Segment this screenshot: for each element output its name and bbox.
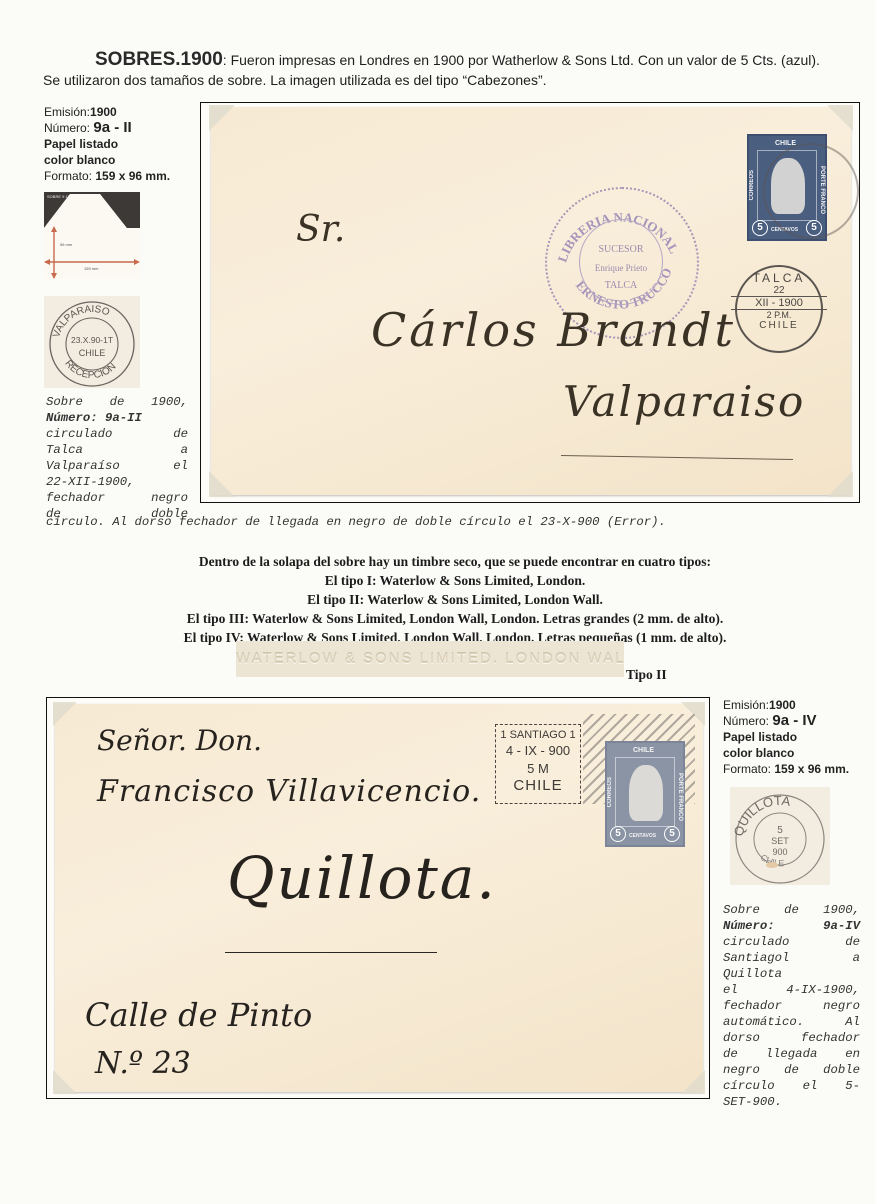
heading-subline: Se utilizaron dos tamaños de sobre. La i… xyxy=(43,72,547,88)
item2-description: Sobre de 1900, Número: 9a-IV circulado d… xyxy=(723,902,860,1110)
note-line: dorso fechador xyxy=(723,1030,860,1046)
handwritten-salutation: Sr. xyxy=(296,209,345,250)
note-line: fechador negro xyxy=(46,490,188,506)
postage-stamp-5-centavos: CHILE PORTE FRANCO CORREOS 5 5 CENTAVOS xyxy=(605,741,685,847)
emboss-types-list: Dentro de la solapa del sobre hay un tim… xyxy=(0,552,875,647)
note-line: de llegada en xyxy=(723,1046,860,1062)
heading-title: SOBRES.1900 xyxy=(95,49,223,70)
envelope-1-frame: LIBRERIA NACIONAL ERNESTO TRUCCO SUCESOR… xyxy=(200,102,860,503)
stamp-side-text: PORTE FRANCO xyxy=(677,773,683,821)
note-line: Número: 9a-IV xyxy=(723,918,860,934)
page-heading: SOBRES.1900: Fueron impresas en Londres … xyxy=(95,49,820,71)
cancel-line: 4 - IX - 900 xyxy=(496,743,580,758)
stamp-value: 5 xyxy=(664,826,680,842)
emision-label: Emisión: xyxy=(44,105,90,119)
item1-description-tail: círculo. Al dorso fechador de llegada en… xyxy=(46,514,666,530)
emision-value: 1900 xyxy=(769,698,796,712)
postmark-country: CHILE xyxy=(737,320,821,331)
postmark-date: XII - 1900 xyxy=(731,296,827,310)
handwritten-addressee: Francisco Villavicencio. xyxy=(97,774,481,809)
mount-corner xyxy=(209,471,235,497)
talca-postmark: TALCA 22 XII - 1900 2 P.M. CHILE xyxy=(735,265,823,353)
emision-label: Emisión: xyxy=(723,698,769,712)
cancel-line: 1 SANTIAGO 1 xyxy=(496,728,580,743)
item1-description: Sobre de 1900, Número: 9a-II circulado d… xyxy=(46,394,188,522)
handwritten-addressee: Cárlos Brandt xyxy=(371,303,736,357)
emision-value: 1900 xyxy=(90,105,117,119)
arrival-postmark-image: QUILLOTA CHILE 5 SET 900 xyxy=(730,787,830,885)
envelope-1: LIBRERIA NACIONAL ERNESTO TRUCCO SUCESOR… xyxy=(211,107,851,495)
type-item: El tipo III: Waterlow & Sons Limited, Lo… xyxy=(0,609,875,628)
note-line: automático. Al xyxy=(723,1014,860,1030)
paper-color: color blanco xyxy=(44,152,170,168)
formato-label: Formato: xyxy=(44,169,92,183)
seal-text: Enrique Prieto xyxy=(579,259,663,277)
seal-text: TALCA xyxy=(579,277,663,295)
note-line: Talca a xyxy=(46,442,188,458)
diagram-width-label: 159 mm xyxy=(84,266,98,271)
mount-corner xyxy=(209,105,235,131)
note-line: el 4-IX-1900, xyxy=(723,982,860,998)
svg-text:23.X.90-1T: 23.X.90-1T xyxy=(71,335,113,345)
heading-text: : Fueron impresas en Londres en 1900 por… xyxy=(223,52,820,68)
postmark-time: 2 P.M. xyxy=(737,310,821,320)
cancel-line: CHILE xyxy=(496,778,580,793)
postmark-city: TALCA xyxy=(737,271,821,285)
stamp-currency: CENTAVOS xyxy=(629,833,656,839)
note-text: Número: 9a-II xyxy=(46,410,142,426)
handwritten-number: N.º 23 xyxy=(95,1046,191,1081)
diagram-height-label: 96 mm xyxy=(60,242,72,247)
mount-corner xyxy=(827,471,853,497)
stamp-portrait xyxy=(629,765,663,821)
numero-value: 9a - IV xyxy=(772,712,816,729)
envelope-2-frame: 1 SANTIAGO 1 4 - IX - 900 5 M CHILE CHIL… xyxy=(46,697,710,1099)
handwritten-street: Calle de Pinto xyxy=(85,996,312,1034)
santiago-machine-cancel: 1 SANTIAGO 1 4 - IX - 900 5 M CHILE xyxy=(495,724,581,804)
note-line: Santiagol a xyxy=(723,950,860,966)
mount-corner xyxy=(827,105,853,131)
stamp-value: 5 xyxy=(610,826,626,842)
note-line: circulado de xyxy=(723,934,860,950)
emboss-caption: Tipo II xyxy=(626,667,667,683)
mount-corner xyxy=(681,1070,705,1094)
handwritten-city: Quillota. xyxy=(227,844,497,912)
paper-type: Papel listado xyxy=(44,136,170,152)
note-line: Quillota xyxy=(723,966,860,982)
note-line: Valparaíso el xyxy=(46,458,188,474)
note-line: fechador negro xyxy=(723,998,860,1014)
note-line: Sobre de 1900, xyxy=(46,394,188,410)
emboss-sample-image: WATERLOW & SONS LIMITED. LONDON WALL xyxy=(236,641,624,677)
note-line: Sobre de 1900, xyxy=(723,902,860,918)
item1-info: Emisión:1900 Número: 9a - II Papel lista… xyxy=(44,104,170,184)
type-item: El tipo I: Waterlow & Sons Limited, Lond… xyxy=(0,571,875,590)
note-line: SET-900. xyxy=(723,1094,860,1110)
numero-label: Número: xyxy=(723,714,769,728)
envelope-2: 1 SANTIAGO 1 4 - IX - 900 5 M CHILE CHIL… xyxy=(55,704,703,1092)
stamp-value: 5 xyxy=(752,220,768,236)
diagram-header: SOBRE 9 11 xyxy=(47,194,70,199)
note-line: negro de doble xyxy=(723,1062,860,1078)
stamp-cancel xyxy=(763,143,859,239)
numero-value: 9a - II xyxy=(93,119,131,136)
format-diagram: SOBRE 9 11 96 mm 159 mm xyxy=(44,192,140,279)
formato-value: 159 x 96 mm. xyxy=(95,169,170,183)
svg-text:SET: SET xyxy=(771,836,789,846)
types-intro: Dentro de la solapa del sobre hay un tim… xyxy=(0,552,875,571)
note-line: 22-XII-1900, xyxy=(46,474,188,490)
handwritten-city: Valparaiso xyxy=(563,377,805,426)
cancel-line: 5 M xyxy=(496,761,580,776)
formato-value: 159 x 96 mm. xyxy=(774,762,849,776)
paper-color: color blanco xyxy=(723,745,849,761)
handwritten-salutation: Señor. Don. xyxy=(97,724,262,757)
arrival-postmark-image: VALPARAISO RECEPCION 23.X.90-1T CHILE xyxy=(44,296,140,388)
mount-corner xyxy=(53,702,77,726)
svg-text:5: 5 xyxy=(777,825,783,836)
handwritten-underline xyxy=(225,952,437,953)
formato-label: Formato: xyxy=(723,762,771,776)
type-item: El tipo II: Waterlow & Sons Limited, Lon… xyxy=(0,590,875,609)
numero-label: Número: xyxy=(44,121,90,135)
item2-info: Emisión:1900 Número: 9a - IV Papel lista… xyxy=(723,697,849,777)
note-line: círculo el 5- xyxy=(723,1078,860,1094)
svg-text:CHILE: CHILE xyxy=(79,348,106,358)
stamp-side-text: CORREOS xyxy=(607,777,613,807)
note-line: Número: 9a-II xyxy=(46,410,188,426)
handwritten-underline xyxy=(561,455,793,460)
postmark-day: 22 xyxy=(737,285,821,296)
note-line: circulado de xyxy=(46,426,188,442)
stamp-side-text: CORREOS xyxy=(749,170,755,200)
svg-text:900: 900 xyxy=(772,847,787,857)
svg-text:VALPARAISO: VALPARAISO xyxy=(51,304,111,339)
mount-corner xyxy=(53,1070,77,1094)
paper-type: Papel listado xyxy=(723,729,849,745)
seal-text: SUCESOR xyxy=(579,241,663,259)
stamp-country: CHILE xyxy=(633,747,654,754)
